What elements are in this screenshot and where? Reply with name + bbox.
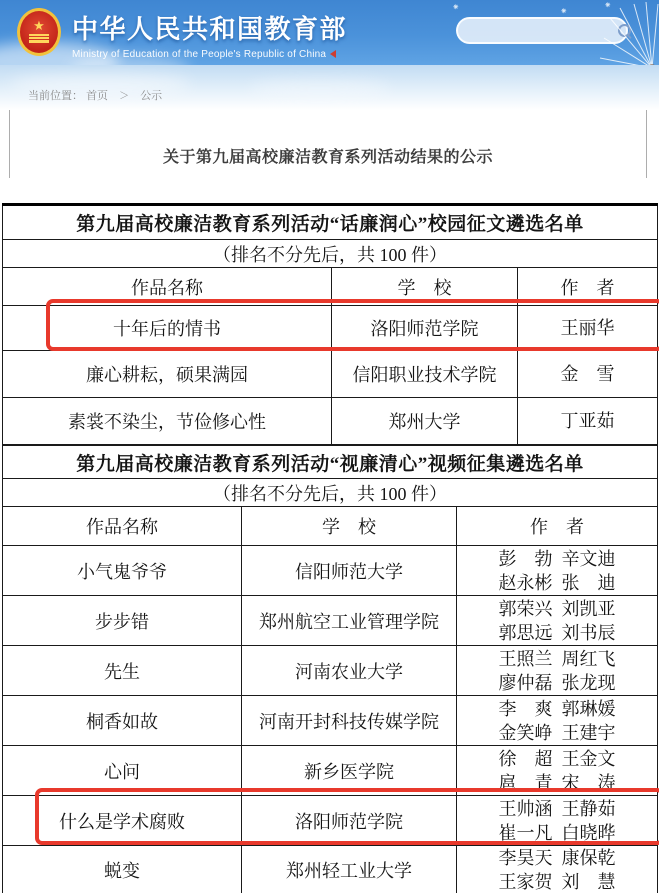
school-cell: 洛阳师范学院 <box>242 796 457 846</box>
column-header-work: 作品名称 <box>3 507 242 546</box>
authors-cell: 李昊天 康保乾王家贺 刘 慧 <box>457 846 658 893</box>
work-cell: 蜕变 <box>3 846 242 893</box>
table-subtitle: （排名不分先后，共 100 件） <box>3 479 658 507</box>
page: ★ 中华人民共和国教育部 Ministry of Education of th… <box>0 0 659 893</box>
emblem-gate-icon <box>29 34 49 43</box>
page-title: 关于第九届高校廉洁教育系列活动结果的公示 <box>10 144 646 167</box>
work-cell: 素裳不染尘，节俭修心性 <box>3 398 332 445</box>
work-cell: 廉心耕耘，硕果满园 <box>3 351 332 398</box>
work-cell: 心问 <box>3 746 242 796</box>
column-header-school: 学 校 <box>332 268 518 306</box>
table-subtitle: （排名不分先后，共 100 件） <box>3 240 658 268</box>
school-cell: 新乡医学院 <box>242 746 457 796</box>
authors-cell: 王照兰 周红飞廖仲磊 张龙现 <box>457 646 658 696</box>
table-row: 先生河南农业大学王照兰 周红飞廖仲磊 张龙现 <box>3 646 658 696</box>
site-title-block[interactable]: 中华人民共和国教育部 Ministry of Education of the … <box>72 9 347 60</box>
author-line: 丁亚茹 <box>522 409 653 433</box>
author-line: 李昊天 康保乾 <box>461 846 653 870</box>
school-cell: 郑州大学 <box>332 398 518 445</box>
author-line: 王丽华 <box>522 316 653 340</box>
breadcrumb-home[interactable]: 首页 <box>86 90 108 102</box>
work-cell: 桐香如故 <box>3 696 242 746</box>
author-line: 郭荣兴 刘凯亚 <box>461 597 653 621</box>
author-line: 郭思远 刘书辰 <box>461 621 653 645</box>
authors-cell: 王帅涵 王静茹崔一凡 白晓晔 <box>457 796 658 846</box>
school-cell: 郑州轻工业大学 <box>242 846 457 893</box>
site-header: ★ 中华人民共和国教育部 Ministry of Education of th… <box>0 0 659 65</box>
breadcrumb-strip: 当前位置： 首页 ＞ 公示 <box>0 65 659 110</box>
authors-cell: 王丽华 <box>518 306 658 351</box>
table-row: 蜕变郑州轻工业大学李昊天 康保乾王家贺 刘 慧 <box>3 846 658 893</box>
table-subtitle-row: （排名不分先后，共 100 件） <box>3 479 658 507</box>
table-title-row: 第九届高校廉洁教育系列活动“话廉润心”校园征文遴选名单 <box>3 205 658 240</box>
cloud-decoration <box>250 79 390 97</box>
column-header-school: 学 校 <box>242 507 457 546</box>
breadcrumb-separator: ＞ <box>119 91 129 102</box>
authors-cell: 彭 勃 辛文迪赵永彬 张 迪 <box>457 546 658 596</box>
author-line: 金 雪 <box>522 362 653 386</box>
school-cell: 郑州航空工业管理学院 <box>242 596 457 646</box>
authors-cell: 金 雪 <box>518 351 658 398</box>
breadcrumb: 当前位置： 首页 ＞ 公示 <box>28 87 162 103</box>
emblem-star-icon: ★ <box>33 20 45 32</box>
subtitle-arrow-icon <box>330 50 336 58</box>
work-cell: 什么是学术腐败 <box>3 796 242 846</box>
table-subtitle-row: （排名不分先后，共 100 件） <box>3 240 658 268</box>
table-row: 小气鬼爷爷信阳师范大学彭 勃 辛文迪赵永彬 张 迪 <box>3 546 658 596</box>
author-line: 李 爽 郭琳媛 <box>461 697 653 721</box>
seed-decoration: ⁕ <box>604 0 612 11</box>
work-cell: 小气鬼爷爷 <box>3 546 242 596</box>
school-cell: 信阳师范大学 <box>242 546 457 596</box>
school-cell: 信阳职业技术学院 <box>332 351 518 398</box>
work-cell: 十年后的情书 <box>3 306 332 351</box>
search-box <box>456 17 628 44</box>
author-line: 徐 超 王金文 <box>461 747 653 771</box>
author-line: 王家贺 刘 慧 <box>461 870 653 893</box>
table-header-row: 作品名称学 校作 者 <box>3 268 658 306</box>
work-cell: 步步错 <box>3 596 242 646</box>
search-input[interactable] <box>451 21 618 41</box>
work-cell: 先生 <box>3 646 242 696</box>
author-line: 王帅涵 王静茹 <box>461 797 653 821</box>
national-emblem-logo[interactable]: ★ <box>17 8 61 56</box>
table-row: 桐香如故河南开封科技传媒学院李 爽 郭琳媛金笑峥 王建宇 <box>3 696 658 746</box>
author-line: 廖仲磊 张龙现 <box>461 671 653 695</box>
column-header-author: 作 者 <box>518 268 658 306</box>
school-cell: 河南开封科技传媒学院 <box>242 696 457 746</box>
site-title: 中华人民共和国教育部 <box>72 9 347 46</box>
authors-cell: 李 爽 郭琳媛金笑峥 王建宇 <box>457 696 658 746</box>
award-table-1: 第九届高校廉洁教育系列活动“话廉润心”校园征文遴选名单（排名不分先后，共 100… <box>2 203 658 445</box>
author-line: 崔一凡 白晓晔 <box>461 821 653 845</box>
table-title-row: 第九届高校廉洁教育系列活动“视廉清心”视频征集遴选名单 <box>3 446 658 479</box>
table-header-row: 作品名称学 校作 者 <box>3 507 658 546</box>
table-row: 十年后的情书洛阳师范学院王丽华 <box>3 306 658 351</box>
table-row: 心问新乡医学院徐 超 王金文扈 青 宋 涛 <box>3 746 658 796</box>
author-line: 扈 青 宋 涛 <box>461 771 653 795</box>
seed-decoration: ⁕ <box>560 6 568 17</box>
column-header-work: 作品名称 <box>3 268 332 306</box>
school-cell: 洛阳师范学院 <box>332 306 518 351</box>
author-line: 赵永彬 张 迪 <box>461 571 653 595</box>
authors-cell: 郭荣兴 刘凯亚郭思远 刘书辰 <box>457 596 658 646</box>
school-cell: 河南农业大学 <box>242 646 457 696</box>
breadcrumb-current[interactable]: 公示 <box>140 90 162 102</box>
table-row: 素裳不染尘，节俭修心性郑州大学丁亚茹 <box>3 398 658 445</box>
author-line: 金笑峥 王建宇 <box>461 721 653 745</box>
authors-cell: 丁亚茹 <box>518 398 658 445</box>
author-line: 王照兰 周红飞 <box>461 647 653 671</box>
table-title: 第九届高校廉洁教育系列活动“话廉润心”校园征文遴选名单 <box>3 205 658 240</box>
authors-cell: 徐 超 王金文扈 青 宋 涛 <box>457 746 658 796</box>
author-line: 彭 勃 辛文迪 <box>461 547 653 571</box>
breadcrumb-label: 当前位置： <box>28 90 83 102</box>
column-header-author: 作 者 <box>457 507 658 546</box>
award-table-2: 第九届高校廉洁教育系列活动“视廉清心”视频征集遴选名单（排名不分先后，共 100… <box>2 445 658 893</box>
table-title: 第九届高校廉洁教育系列活动“视廉清心”视频征集遴选名单 <box>3 446 658 479</box>
table-row: 步步错郑州航空工业管理学院郭荣兴 刘凯亚郭思远 刘书辰 <box>3 596 658 646</box>
table-row: 廉心耕耘，硕果满园信阳职业技术学院金 雪 <box>3 351 658 398</box>
table-row: 什么是学术腐败洛阳师范学院王帅涵 王静茹崔一凡 白晓晔 <box>3 796 658 846</box>
seed-decoration: ⁕ <box>452 2 460 13</box>
site-subtitle: Ministry of Education of the People's Re… <box>72 49 347 60</box>
announcement-document: 第九届高校廉洁教育系列活动“话廉润心”校园征文遴选名单（排名不分先后，共 100… <box>0 178 659 893</box>
